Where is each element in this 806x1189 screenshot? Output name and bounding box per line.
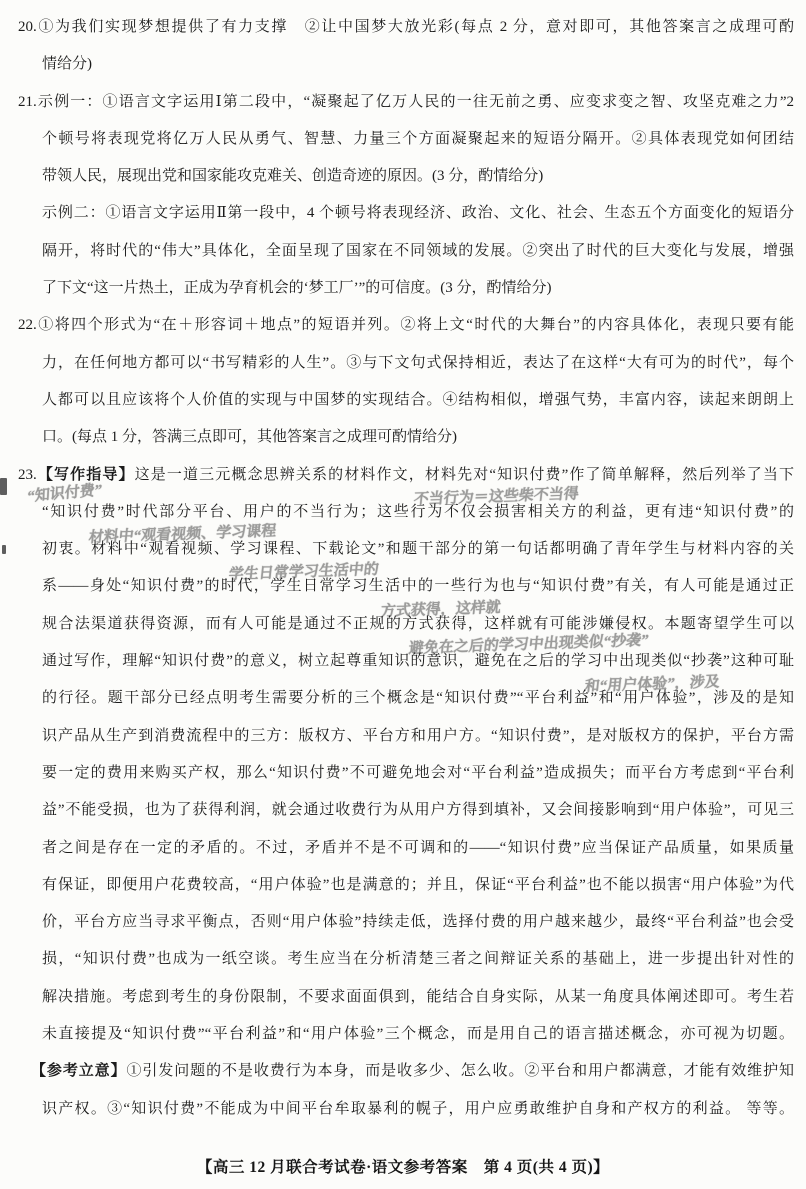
bold-label: 【参考立意】 [31,1063,127,1079]
line-text: 要一定的费用来购买产权，那么“知识付费”不可避免地会对“平台利益”造成损失；而平… [42,765,794,781]
line-text: ①引发问题的不是收费行为本身，而是收多少、怎么收。②平台和用户都满意，才能有效维… [127,1063,795,1079]
line-text: 损，“知识付费”也成为一纸空谈。考生应当在分析清楚三者之间辩证关系的基础上，进一… [42,951,794,967]
text-line: 【参考立意】①引发问题的不是收费行为本身，而是收多少、怎么收。②平台和用户都满意… [31,1053,794,1090]
text-line: 了下文“这一片热土，正成为孕育机会的‘梦工厂’”的可信度。(3 分，酌情给分) [42,270,794,307]
line-text: “知识付费”时代部分平台、用户的不当行为；这些行为不仅会损害相关方的利益，更有违… [42,504,794,520]
line-text: 系——身处“知识付费”的时代，学生日常学习生活中的一些行为也与“知识付费”有关，… [42,578,794,594]
page-footer: 【高三 12 月联合考试卷·语文参考答案 第 4 页(共 4 页)】 [0,1155,806,1177]
text-line: 个顿号将表现党将亿万人民从勇气、智慧、力量三个方面凝聚起来的短语分隔开。②具体表… [42,121,794,158]
text-line: 识产权。③“知识付费”不能成为中间平台牟取暴利的幌子，用户应勇敢维护自身和产权方… [42,1091,794,1128]
text-line: 23.【写作指导】这是一道三元概念思辨关系的材料作文，材料先对“知识付费”作了简… [18,457,794,494]
text-line: 情给分) [42,46,794,83]
line-text: 隔开，将时代的“伟大”具体化，全面呈现了国家在不同领域的发展。②突出了时代的巨大… [42,243,794,259]
line-text: 个顿号将表现党将亿万人民从勇气、智慧、力量三个方面凝聚起来的短语分隔开。②具体表… [42,131,794,147]
line-text: 者之间是存在一定的矛盾的。不过，矛盾并不是不可调和的——“知识付费”应当保证产品… [42,840,794,856]
text-line: 有保证，即便用户花费较高，“用户体验”也是满意的；并且，保证“平台利益”也不能以… [42,867,794,904]
text-line: 价，平台方应当寻求平衡点，否则“用户体验”持续走低，选择付费的用户越来越少，最终… [42,904,794,941]
line-text: 口。(每点 1 分，答满三点即可，其他答案言之成理可酌情给分) [42,429,457,445]
line-text: 这是一道三元概念思辨关系的材料作文，材料先对“知识付费”作了简单解释，然后列举了… [135,467,794,483]
line-text: 力，在任何地方都可以“书写精彩的人生”。③与下文句式保持相近，表达了在这样“大有… [42,355,794,371]
line-text: 规合法渠道获得资源，而有人可能是通过不正规的方式获得，这样就有可能涉嫌侵权。本题… [42,616,794,632]
line-text: 初衷。材料中“观看视频、学习课程、下载论文”和题干部分的第一句话都明确了青年学生… [42,541,794,557]
text-line: 带领人民，展现出党和国家能攻克难关、创造奇迹的原因。(3 分，酌情给分) [42,158,794,195]
text-line: 口。(每点 1 分，答满三点即可，其他答案言之成理可酌情给分) [42,419,794,456]
line-text: 示例二：①语言文字运用Ⅱ第一段中，4 个顿号将表现经济、政治、文化、社会、生态五… [42,205,794,221]
line-text: 人都可以且应该将个人价值的实现与中国梦的实现结合。④结构相似，增强气势，丰富内容… [42,392,794,408]
text-line: “知识付费”时代部分平台、用户的不当行为；这些行为不仅会损害相关方的利益，更有违… [42,494,794,531]
text-line: 未直接提及“知识付费”“平台利益”和“用户体验”三个概念，而是用自己的语言描述概… [42,1016,794,1053]
line-text: 解决措施。考虑到考生的身份限制，不要求面面俱到，能结合自身实际，从某一角度具体阐… [42,989,794,1005]
bold-label: 【写作指导】 [37,467,135,483]
text-line: 的行径。题干部分已经点明考生需要分析的三个概念是“知识付费”“平台利益”和“用户… [42,680,794,717]
line-text: 带领人民，展现出党和国家能攻克难关、创造奇迹的原因。(3 分，酌情给分) [42,168,543,184]
line-text: 了下文“这一片热土，正成为孕育机会的‘梦工厂’”的可信度。(3 分，酌情给分) [42,280,552,296]
text-line: 22.①将四个形式为“在＋形容词＋地点”的短语并列。②将上文“时代的大舞台”的内… [18,307,794,344]
line-text: 益”不能受损，也为了获得利润，就会通过收费行为从用户方得到填补，又会间接影响到“… [42,802,794,818]
scan-smudge [2,545,6,554]
line-text: 情给分) [42,56,92,72]
text-line: 人都可以且应该将个人价值的实现与中国梦的实现结合。④结构相似，增强气势，丰富内容… [42,382,794,419]
text-line: 规合法渠道获得资源，而有人可能是通过不正规的方式获得，这样就有可能涉嫌侵权。本题… [42,606,794,643]
text-line: 初衷。材料中“观看视频、学习课程、下载论文”和题干部分的第一句话都明确了青年学生… [42,531,794,568]
line-text: 识产权。③“知识付费”不能成为中间平台牟取暴利的幌子，用户应勇敢维护自身和产权方… [42,1101,794,1117]
text-line: 损，“知识付费”也成为一纸空谈。考生应当在分析清楚三者之间辩证关系的基础上，进一… [42,941,794,978]
line-text: 通过写作，理解“知识付费”的意义，树立起尊重知识的意识，避免在之后的学习中出现类… [42,653,794,669]
page-footer-text: 【高三 12 月联合考试卷·语文参考答案 第 4 页(共 4 页)】 [197,1159,609,1176]
text-line: 系——身处“知识付费”的时代，学生日常学习生活中的一些行为也与“知识付费”有关，… [42,568,794,605]
line-text: 21.示例一：①语言文字运用Ⅰ第二段中，“凝聚起了亿万人民的一往无前之勇、应变求… [18,94,794,110]
line-text: 的行径。题干部分已经点明考生需要分析的三个概念是“知识付费”“平台利益”和“用户… [42,690,794,706]
line-text: 20.①为我们实现梦想提供了有力支撑 ②让中国梦大放光彩(每点 2 分，意对即可… [18,19,794,35]
scan-smudge [0,478,7,495]
text-line: 要一定的费用来购买产权，那么“知识付费”不可避免地会对“平台利益”造成损失；而平… [42,755,794,792]
document-lines: 20.①为我们实现梦想提供了有力支撑 ②让中国梦大放光彩(每点 2 分，意对即可… [0,9,806,1128]
text-line: 21.示例一：①语言文字运用Ⅰ第二段中，“凝聚起了亿万人民的一往无前之勇、应变求… [18,84,794,121]
text-line: 通过写作，理解“知识付费”的意义，树立起尊重知识的意识，避免在之后的学习中出现类… [42,643,794,680]
text-line: 20.①为我们实现梦想提供了有力支撑 ②让中国梦大放光彩(每点 2 分，意对即可… [18,9,794,46]
line-text: 价，平台方应当寻求平衡点，否则“用户体验”持续走低，选择付费的用户越来越少，最终… [42,914,794,930]
text-line: 隔开，将时代的“伟大”具体化，全面呈现了国家在不同领域的发展。②突出了时代的巨大… [42,233,794,270]
line-text: 未直接提及“知识付费”“平台利益”和“用户体验”三个概念，而是用自己的语言描述概… [42,1026,794,1042]
text-line: 示例二：①语言文字运用Ⅱ第一段中，4 个顿号将表现经济、政治、文化、社会、生态五… [42,195,794,232]
text-line: 解决措施。考虑到考生的身份限制，不要求面面俱到，能结合自身实际，从某一角度具体阐… [42,979,794,1016]
line-text: 识产品从生产到消费流程中的三方：版权方、平台方和用户方。“知识付费”，是对版权方… [42,728,794,744]
line-text: 有保证，即便用户花费较高，“用户体验”也是满意的；并且，保证“平台利益”也不能以… [42,877,794,893]
text-line: 力，在任何地方都可以“书写精彩的人生”。③与下文句式保持相近，表达了在这样“大有… [42,345,794,382]
text-line: 者之间是存在一定的矛盾的。不过，矛盾并不是不可调和的——“知识付费”应当保证产品… [42,830,794,867]
line-text: 23. [18,467,37,483]
text-line: 益”不能受损，也为了获得利润，就会通过收费行为从用户方得到填补，又会间接影响到“… [42,792,794,829]
text-line: 识产品从生产到消费流程中的三方：版权方、平台方和用户方。“知识付费”，是对版权方… [42,718,794,755]
line-text: 22.①将四个形式为“在＋形容词＋地点”的短语并列。②将上文“时代的大舞台”的内… [18,317,794,333]
scanned-answer-page: { "page": { "background": "#fcfcfa", "te… [0,0,806,1189]
